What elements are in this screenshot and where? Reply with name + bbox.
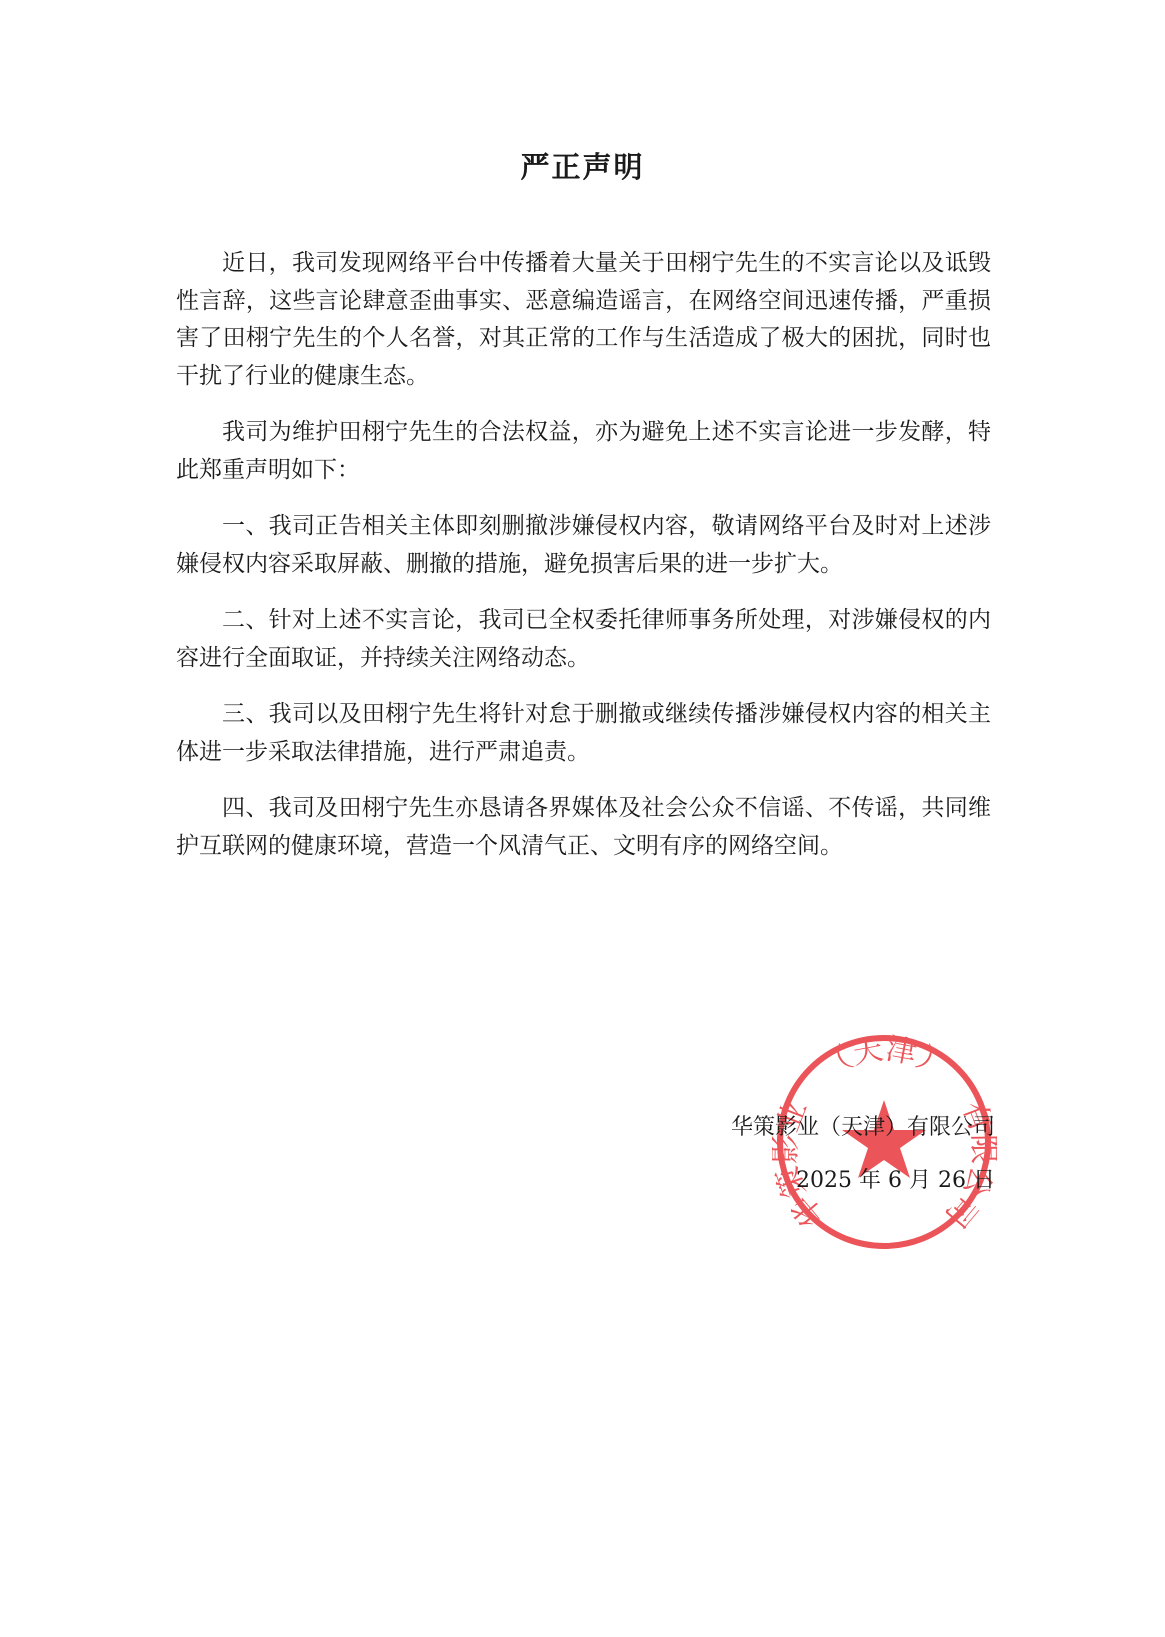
signature-company: 华策影业（天津）有限公司	[731, 1110, 995, 1141]
company-seal-icon: （天津） 华策影业 有限公司	[772, 1030, 997, 1255]
paragraph-item-4: 四、我司及田栩宁先生亦恳请各界媒体及社会公众不信谣、不传谣，共同维护互联网的健康…	[176, 790, 991, 865]
paragraph-item-2: 二、针对上述不实言论，我司已全权委托律师事务所处理，对涉嫌侵权的内容进行全面取证…	[176, 602, 991, 677]
page-title: 严正声明	[0, 145, 1165, 186]
paragraph-item-1: 一、我司正告相关主体即刻删撤涉嫌侵权内容，敬请网络平台及时对上述涉嫌侵权内容采取…	[176, 508, 991, 583]
paragraph-declaration: 我司为维护田栩宁先生的合法权益，亦为避免上述不实言论进一步发酵，特此郑重声明如下…	[176, 414, 991, 489]
statement-body: 近日，我司发现网络平台中传播着大量关于田栩宁先生的不实言论以及诋毁性言辞，这些言…	[176, 245, 991, 884]
paragraph-item-3: 三、我司以及田栩宁先生将针对怠于删撤或继续传播涉嫌侵权内容的相关主体进一步采取法…	[176, 696, 991, 771]
statement-page: 严正声明 近日，我司发现网络平台中传播着大量关于田栩宁先生的不实言论以及诋毁性言…	[0, 0, 1165, 1637]
paragraph-intro: 近日，我司发现网络平台中传播着大量关于田栩宁先生的不实言论以及诋毁性言辞，这些言…	[176, 245, 991, 395]
signature-date: 2025 年 6 月 26 日	[796, 1163, 995, 1194]
